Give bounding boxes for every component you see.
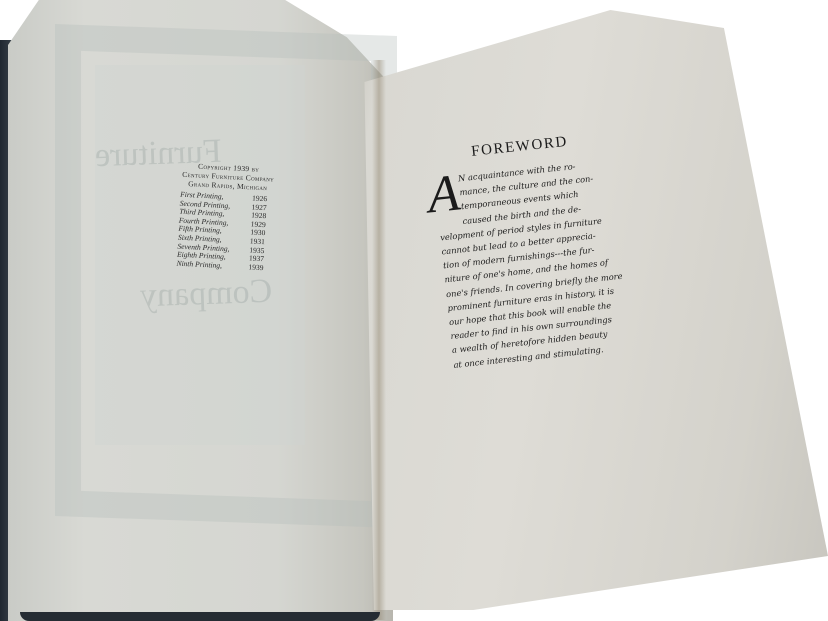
ghost-word-2: Company bbox=[139, 273, 272, 316]
foreword-body: N acquaintance with the ro- mance, the c… bbox=[433, 154, 648, 372]
copyright-block: Copyright 1939 by Century Furniture Comp… bbox=[162, 160, 289, 274]
printing-history: First Printing,1926 Second Printing,1927… bbox=[162, 190, 288, 274]
book-gutter bbox=[372, 60, 386, 620]
book-cover-bottom bbox=[20, 612, 380, 621]
open-book-photo: Furniture Company Copyright 1939 by Cent… bbox=[0, 0, 828, 621]
